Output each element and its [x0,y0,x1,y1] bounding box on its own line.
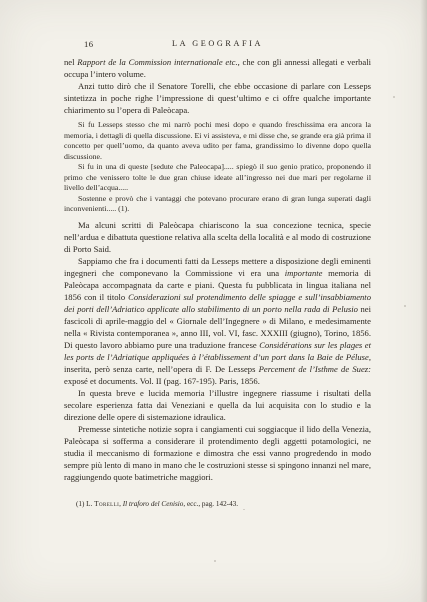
text-segment: Percement de l’Isthme de Suez: [259,364,371,374]
text-segment: Si fu Lesseps stesso che mi narrò pochi … [64,120,371,161]
text-segment: Si fu in una di queste [sedute che Paleo… [64,162,371,192]
footnote: (1) L. Torelli, Il traforo del Cenisio, … [64,499,371,509]
paragraph: Sostenne e provò che i vantaggi che pote… [64,194,371,215]
paragraph: nel Rapport de la Commission internation… [64,56,371,80]
scan-speck [214,560,216,562]
text-segment: , ecc., pag. 142-43. [183,500,238,508]
scan-speck [393,96,395,98]
paragraph: Si fu Lesseps stesso che mi narrò pochi … [64,120,371,162]
page-header: 16 LA GEOGRAFIA [64,39,371,51]
scan-speck [243,509,245,510]
scanned-book-page: 16 LA GEOGRAFIA nel Rapport de la Commis… [0,0,427,602]
paragraph: Sappiamo che fra i documenti fatti da Le… [64,255,371,387]
text-segment: Il traforo del Cenisio [123,500,184,508]
text-segment: Sostenne e provò che i vantaggi che pote… [64,194,371,214]
text-segment: Rapport de la Commission internationale … [77,57,237,67]
text-segment: Anzi tutto dirò che il Senatore Torelli,… [64,81,371,115]
text-segment: importante [285,268,323,278]
text-segment: (1) L. [76,500,94,508]
text-segment: In questa breve e lucida memoria l’illus… [64,388,371,422]
text-block: nel Rapport de la Commission internation… [64,56,371,509]
text-segment: nel [64,57,77,67]
paragraph: Premesse sintetiche notizie sopra i cang… [64,423,371,483]
text-segment: Premesse sintetiche notizie sopra i cang… [64,424,371,482]
text-segment: Torelli [94,500,119,508]
paragraph: Ma alcuni scritti di Paleòcapa chiarisco… [64,219,371,255]
paragraph: Si fu in una di queste [sedute che Paleo… [64,162,371,194]
text-segment: exposé et documents. Vol. II (pag. 167-1… [64,376,260,386]
text-segment: Ma alcuni scritti di Paleòcapa chiarisco… [64,220,371,254]
paragraph: Anzi tutto dirò che il Senatore Torelli,… [64,80,371,116]
page-edge-shadow [420,0,427,602]
paragraph: In questa breve e lucida memoria l’illus… [64,387,371,423]
journal-title: LA GEOGRAFIA [64,39,371,48]
scan-speck [404,305,406,307]
